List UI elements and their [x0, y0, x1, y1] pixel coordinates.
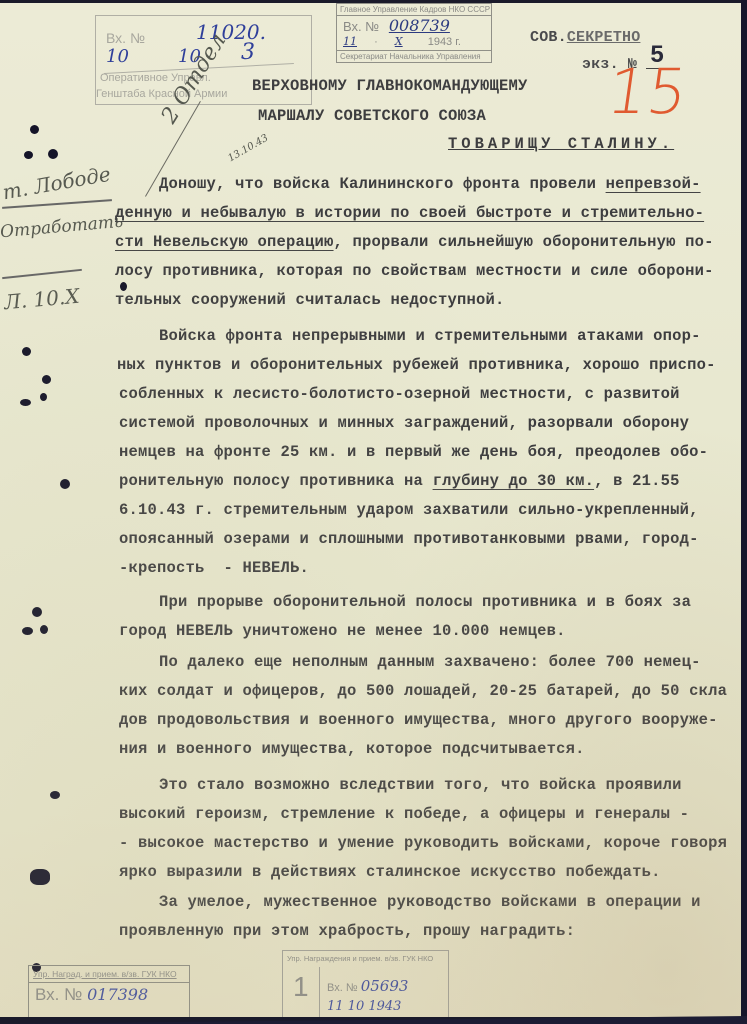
punch-hole	[32, 607, 42, 617]
punch-hole	[120, 282, 127, 291]
body-line: собленных к лесисто-болотисто-озерной ме…	[119, 385, 680, 403]
incoming-stamp-awards-center: Упр. Награждения и прием. в/зв. ГУК НКО …	[282, 950, 449, 1017]
stamp-header: Упр. Наград. и прием. в/зв. ГУК НКО	[29, 966, 189, 983]
addressee-line-1: ВЕРХОВНОМУ ГЛАВНОКОМАНДУЮЩЕМУ	[252, 77, 528, 95]
stamp-footer: Секретариат Начальника Управления	[337, 50, 491, 62]
body-line: По далеко еще неполным данным захвачено:…	[121, 653, 701, 671]
body-line: высокий героизм, стремление к победе, а …	[119, 805, 689, 823]
punch-hole	[24, 151, 33, 159]
body-line: дов продовольствия и военного имущества,…	[119, 711, 718, 729]
body-line: -крепость - НЕВЕЛЬ.	[119, 559, 309, 577]
stamp-sheet-number: 1	[293, 971, 309, 1003]
stamp-number-row: Вх. № 05693	[327, 977, 408, 995]
punch-hole	[22, 627, 33, 635]
punch-hole	[22, 347, 31, 356]
stamp-date: 11 10 1943	[327, 999, 401, 1014]
body-line: сти Невельскую операцию, прорвали сильне…	[115, 233, 714, 251]
stamp-label-no: Вх. №	[327, 982, 358, 994]
stamp-date-row: 11 · X 1943 г.	[337, 35, 491, 48]
margin-underline-2	[2, 269, 82, 279]
body-line: При прорыве оборонительной полосы против…	[121, 593, 691, 611]
stamp-number: 008739	[389, 16, 450, 35]
body-line: системой проволочных и минных заграждени…	[119, 414, 689, 432]
stamp-date-day: 11	[343, 35, 357, 48]
body-line: За умелое, мужественное руководство войс…	[121, 893, 701, 911]
body-line: проявленную при этом храбрость, прошу на…	[119, 922, 575, 940]
margin-note-1: т. Лободе	[1, 162, 113, 205]
body-line: 6.10.43 г. стремительным ударом захватил…	[119, 501, 699, 519]
punch-hole	[48, 149, 58, 159]
incoming-stamp-awards-left: Упр. Наград. и прием. в/зв. ГУК НКО Вх. …	[28, 965, 190, 1017]
stamp-label-no: Вх. №	[35, 985, 82, 1004]
body-line: - высокое мастерство и умение руководить…	[119, 834, 727, 852]
stamp-org-line2: Генштаба Красной Армии	[96, 88, 227, 100]
punch-hole	[30, 869, 50, 885]
body-line: лосу противника, которая по свойствам ме…	[115, 262, 714, 280]
secrecy-prefix: СОВ.	[530, 29, 567, 46]
stamp-number: 017398	[87, 985, 148, 1004]
secrecy-marking: СОВ.СЕКРЕТНО	[530, 29, 640, 46]
punch-hole	[30, 125, 39, 134]
punch-hole	[60, 479, 70, 489]
secrecy-word: СЕКРЕТНО	[567, 29, 641, 46]
stamp-number-row: Вх. № 008739	[337, 16, 491, 35]
stamp-date-month: X	[395, 35, 403, 48]
stamp-header: Главное Управление Кадров НКО СССР	[337, 4, 491, 16]
stamp-label-no: Вх. №	[343, 19, 379, 34]
handwritten-resolution-date: 13.10.43	[226, 133, 270, 165]
body-line: ких солдат и офицеров, до 500 лошадей, 2…	[119, 682, 727, 700]
stamp-date-year: 3	[241, 40, 255, 65]
punch-hole	[42, 375, 51, 384]
stamp-date-year: 1943 г.	[428, 36, 461, 48]
margin-note-3: Л. 10.X	[3, 284, 80, 314]
margin-note-2: Отработать	[0, 212, 124, 243]
document-page: Вх. № 11020. 10 10 3 Оперативное Управл.…	[0, 3, 741, 1017]
addressee-line-3: ТОВАРИЩУ СТАЛИНУ.	[448, 135, 674, 153]
body-line: Доношу, что войска Калининского фронта п…	[121, 175, 701, 193]
stamp-number-row: Вх. № 017398	[29, 983, 189, 1007]
scan-border-right	[741, 0, 747, 1024]
scan-border-bottom	[0, 1016, 747, 1024]
body-line: опоясанный озерами и сплошными противота…	[119, 530, 699, 548]
punch-hole	[20, 399, 31, 406]
stamp-header: Упр. Награждения и прием. в/зв. ГУК НКО	[283, 951, 448, 966]
body-line: немцев на фронте 25 км. и в первый же де…	[119, 443, 708, 461]
stamp-divider	[319, 967, 320, 1017]
body-line: ных пунктов и оборонительных рубежей про…	[117, 356, 716, 374]
stamp-label-no: Вх. №	[106, 30, 145, 46]
body-line: тельных сооружений считалась недоступной…	[115, 291, 505, 309]
body-line: Это стало возможно вследствии того, что …	[121, 776, 682, 794]
body-line: город НЕВЕЛЬ уничтожено не менее 10.000 …	[119, 622, 566, 640]
punch-hole	[40, 393, 47, 401]
body-line: ярко выразили в действиях сталинское иск…	[119, 863, 661, 881]
stamp-number: 05693	[361, 977, 409, 995]
body-line: Войска фронта непрерывными и стремительн…	[121, 327, 701, 345]
addressee-line-2: МАРШАЛУ СОВЕТСКОГО СОЮЗА	[258, 107, 486, 125]
body-line: денную и небывалую в истории по своей бы…	[115, 204, 704, 222]
stamp-date-day: 10	[106, 46, 129, 67]
red-page-number: 15	[603, 55, 692, 128]
body-line: ния и военного имущества, которое подсчи…	[119, 740, 585, 758]
incoming-stamp-gukk: Главное Управление Кадров НКО СССР Вх. №…	[336, 3, 492, 63]
punch-hole	[40, 625, 48, 634]
body-line: ронительную полосу противника на глубину…	[119, 472, 680, 490]
punch-hole	[50, 791, 60, 799]
